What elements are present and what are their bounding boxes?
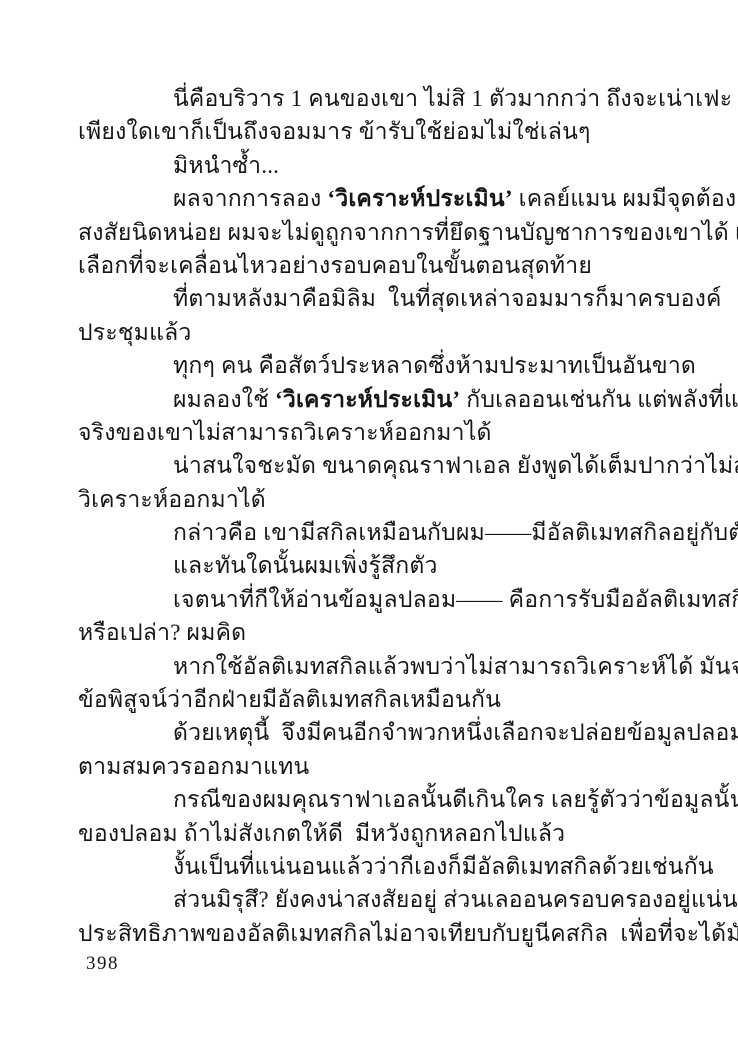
skill-name-bold-text: ‘วิเคราะห์ประเมิน’: [275, 387, 460, 412]
text-line: ด้วยเหตุนี้ จึงมีคนอีกจำพวกหนึ่งเลือกจะป…: [78, 716, 662, 749]
text-line: หรือเปล่า? ผมคิด: [78, 616, 662, 649]
text-line: ข้อพิสูจน์ว่าอีกฝ่ายมีอัลติเมทสกิลเหมือน…: [78, 683, 662, 716]
book-page: นี่คือบริวาร 1 คนของเขา ไม่สิ 1 ตัวมากกว…: [0, 0, 738, 1051]
text-segment: ประชุมแล้ว: [78, 320, 192, 345]
text-segment: และทันใดนั้นผมเพิ่งรู้สึกตัว: [173, 553, 438, 578]
text-line: ประสิทธิภาพของอัลติเมทสกิลไม่อาจเทียบกับ…: [78, 917, 662, 950]
text-line: ที่ตามหลังมาคือมิลิม ในที่สุดเหล่าจอมมาร…: [78, 282, 662, 315]
text-line: นี่คือบริวาร 1 คนของเขา ไม่สิ 1 ตัวมากกว…: [78, 82, 662, 115]
text-segment: ผมลองใช้: [173, 387, 275, 412]
text-line: สงสัยนิดหน่อย ผมจะไม่ดูถูกจากการที่ยึดฐา…: [78, 216, 662, 249]
text-line: จริงของเขาไม่สามารถวิเคราะห์ออกมาได้: [78, 416, 662, 449]
text-line: และทันใดนั้นผมเพิ่งรู้สึกตัว: [78, 549, 662, 582]
text-line: กล่าวคือ เขามีสกิลเหมือนกับผม——มีอัลติเม…: [78, 516, 662, 549]
text-segment: เคลย์แมน ผมมีจุดต้อง: [513, 186, 737, 211]
text-line: ประชุมแล้ว: [78, 316, 662, 349]
text-segment: มิหนำซ้ำ...: [173, 153, 279, 178]
text-segment: จริงของเขาไม่สามารถวิเคราะห์ออกมาได้: [78, 420, 492, 445]
text-segment: หากใช้อัลติเมทสกิลแล้วพบว่าไม่สามารถวิเค…: [173, 654, 738, 679]
page-text: นี่คือบริวาร 1 คนของเขา ไม่สิ 1 ตัวมากกว…: [78, 82, 662, 950]
text-line: ผมลองใช้ ‘วิเคราะห์ประเมิน’ กับเลออนเช่น…: [78, 383, 662, 416]
text-line: ผลจากการลอง ‘วิเคราะห์ประเมิน’ เคลย์แมน …: [78, 182, 662, 215]
text-segment: ที่ตามหลังมาคือมิลิม ในที่สุดเหล่าจอมมาร…: [173, 286, 722, 311]
text-line: มิหนำซ้ำ...: [78, 149, 662, 182]
text-segment: ผลจากการลอง: [173, 186, 327, 211]
text-line: ทุกๆ คน คือสัตว์ประหลาดซึ่งห้ามประมาทเป็…: [78, 349, 662, 382]
text-line: หากใช้อัลติเมทสกิลแล้วพบว่าไม่สามารถวิเค…: [78, 650, 662, 683]
text-segment: หรือเปล่า? ผมคิด: [78, 620, 246, 645]
text-line: งั้นเป็นที่แน่นอนแล้วว่ากีเองก็มีอัลติเม…: [78, 850, 662, 883]
text-segment: กรณีของผมคุณราฟาเอลนั้นดีเกินใคร เลยรู้ต…: [173, 787, 738, 812]
text-segment: นี่คือบริวาร 1 คนของเขา ไม่สิ 1 ตัวมากกว…: [173, 86, 732, 111]
text-line: วิเคราะห์ออกมาได้: [78, 483, 662, 516]
text-segment: ตามสมควรออกมาแทน: [78, 754, 309, 779]
text-segment: ด้วยเหตุนี้ จึงมีคนอีกจำพวกหนึ่งเลือกจะป…: [173, 720, 738, 745]
text-line: เพียงใดเขาก็เป็นถึงจอมมาร ข้ารับใช้ย่อมไ…: [78, 115, 662, 148]
text-segment: สงสัยนิดหน่อย ผมจะไม่ดูถูกจากการที่ยึดฐา…: [78, 220, 738, 245]
text-line: เลือกที่จะเคลื่อนไหวอย่างรอบคอบในขั้นตอน…: [78, 249, 662, 282]
text-line: กรณีของผมคุณราฟาเอลนั้นดีเกินใคร เลยรู้ต…: [78, 783, 662, 816]
text-segment: งั้นเป็นที่แน่นอนแล้วว่ากีเองก็มีอัลติเม…: [173, 854, 714, 879]
text-segment: ส่วนมิรุสึ? ยังคงน่าสงสัยอยู่ ส่วนเลออนค…: [173, 887, 738, 912]
text-segment: วิเคราะห์ออกมาได้: [78, 487, 266, 512]
text-line: น่าสนใจชะมัด ขนาดคุณราฟาเอล ยังพูดได้เต็…: [78, 449, 662, 482]
text-segment: ประสิทธิภาพของอัลติเมทสกิลไม่อาจเทียบกับ…: [78, 921, 738, 946]
text-segment: กับเลออนเช่นกัน แต่พลังที่แท้: [460, 387, 738, 412]
text-segment: ของปลอม ถ้าไม่สังเกตให้ดี มีหวังถูกหลอกไ…: [78, 821, 565, 846]
text-segment: เลือกที่จะเคลื่อนไหวอย่างรอบคอบในขั้นตอน…: [78, 253, 592, 278]
text-line: ส่วนมิรุสึ? ยังคงน่าสงสัยอยู่ ส่วนเลออนค…: [78, 883, 662, 916]
text-segment: น่าสนใจชะมัด ขนาดคุณราฟาเอล ยังพูดได้เต็…: [173, 453, 738, 478]
text-line: ของปลอม ถ้าไม่สังเกตให้ดี มีหวังถูกหลอกไ…: [78, 817, 662, 850]
text-segment: ทุกๆ คน คือสัตว์ประหลาดซึ่งห้ามประมาทเป็…: [173, 353, 696, 378]
text-line: เจตนาที่กีให้อ่านข้อมูลปลอม—— คือการรับม…: [78, 583, 662, 616]
text-segment: เพียงใดเขาก็เป็นถึงจอมมาร ข้ารับใช้ย่อมไ…: [78, 119, 591, 144]
skill-name-bold-text: ‘วิเคราะห์ประเมิน’: [327, 186, 512, 211]
text-segment: ข้อพิสูจน์ว่าอีกฝ่ายมีอัลติเมทสกิลเหมือน…: [78, 687, 501, 712]
text-line: ตามสมควรออกมาแทน: [78, 750, 662, 783]
page-number: 398: [86, 953, 119, 975]
text-segment: เจตนาที่กีให้อ่านข้อมูลปลอม—— คือการรับม…: [173, 587, 738, 612]
text-segment: กล่าวคือ เขามีสกิลเหมือนกับผม——มีอัลติเม…: [173, 520, 738, 545]
